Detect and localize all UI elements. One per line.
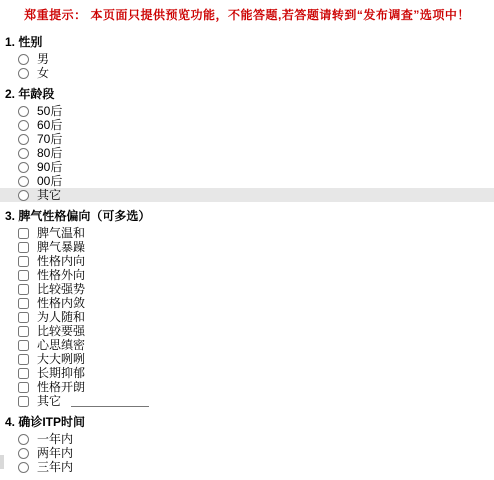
option-label[interactable]: 脾气温和 (37, 226, 85, 240)
option-row[interactable]: 80后 (0, 146, 494, 160)
option-row[interactable]: 其它 (0, 188, 494, 202)
checkbox[interactable] (18, 340, 29, 351)
checkbox[interactable] (18, 298, 29, 309)
option-label[interactable]: 女 (37, 66, 49, 80)
option-label[interactable]: 70后 (37, 132, 62, 146)
option-row[interactable]: 一年内 (0, 432, 494, 446)
option-label[interactable]: 00后 (37, 174, 62, 188)
question-title: 4. 确诊ITP时间 (5, 415, 494, 429)
option-label[interactable]: 大大咧咧 (37, 352, 85, 366)
option-label[interactable]: 80后 (37, 146, 62, 160)
question-title: 3. 脾气性格偏向（可多选） (5, 209, 494, 223)
option-row[interactable]: 性格开朗 (0, 380, 494, 394)
option-label[interactable]: 90后 (37, 160, 62, 174)
question-list: 1. 性别男女2. 年龄段50后60后70后80后90后00后其它3. 脾气性格… (0, 35, 494, 474)
option-row[interactable]: 60后 (0, 118, 494, 132)
radio-button[interactable] (18, 106, 29, 117)
option-row[interactable]: 三年内 (0, 460, 494, 474)
option-label[interactable]: 其它 (37, 188, 61, 202)
option-row[interactable]: 00后 (0, 174, 494, 188)
radio-button[interactable] (18, 134, 29, 145)
option-label[interactable]: 脾气暴躁 (37, 240, 85, 254)
option-row[interactable]: 女 (0, 66, 494, 80)
option-label[interactable]: 比较强势 (37, 282, 85, 296)
option-label[interactable]: 50后 (37, 104, 62, 118)
option-row[interactable]: 男 (0, 52, 494, 66)
question-block: 3. 脾气性格偏向（可多选）脾气温和脾气暴躁性格内向性格外向比较强势性格内敛为人… (0, 209, 494, 408)
option-label[interactable]: 其它 (37, 394, 61, 408)
option-row[interactable]: 长期抑郁 (0, 366, 494, 380)
checkbox[interactable] (18, 228, 29, 239)
option-label[interactable]: 性格开朗 (37, 380, 85, 394)
option-label[interactable]: 心思缜密 (37, 338, 85, 352)
checkbox[interactable] (18, 368, 29, 379)
left-edge-scrollbar-fragment (0, 455, 4, 469)
option-row[interactable]: 90后 (0, 160, 494, 174)
option-label[interactable]: 男 (37, 52, 49, 66)
checkbox[interactable] (18, 396, 29, 407)
option-row[interactable]: 两年内 (0, 446, 494, 460)
other-text-input[interactable] (71, 396, 149, 407)
option-label[interactable]: 一年内 (37, 432, 73, 446)
option-row[interactable]: 性格内向 (0, 254, 494, 268)
option-row[interactable]: 脾气温和 (0, 226, 494, 240)
option-row[interactable]: 心思缜密 (0, 338, 494, 352)
preview-warning: 郑重提示： 本页面只提供预览功能，不能答题,若答题请转到“发布调查”选项中！ (0, 8, 494, 22)
option-row[interactable]: 大大咧咧 (0, 352, 494, 366)
option-row[interactable]: 比较强势 (0, 282, 494, 296)
radio-button[interactable] (18, 148, 29, 159)
option-row[interactable]: 其它 (0, 394, 494, 408)
checkbox[interactable] (18, 382, 29, 393)
radio-button[interactable] (18, 54, 29, 65)
radio-button[interactable] (18, 434, 29, 445)
option-row[interactable]: 70后 (0, 132, 494, 146)
question-title: 1. 性别 (5, 35, 494, 49)
question-block: 2. 年龄段50后60后70后80后90后00后其它 (0, 87, 494, 202)
option-row[interactable]: 性格内敛 (0, 296, 494, 310)
question-block: 4. 确诊ITP时间一年内两年内三年内 (0, 415, 494, 474)
option-row[interactable]: 为人随和 (0, 310, 494, 324)
question-title: 2. 年龄段 (5, 87, 494, 101)
option-label[interactable]: 两年内 (37, 446, 73, 460)
option-label[interactable]: 性格内向 (37, 254, 85, 268)
checkbox[interactable] (18, 242, 29, 253)
radio-button[interactable] (18, 448, 29, 459)
option-label[interactable]: 比较要强 (37, 324, 85, 338)
radio-button[interactable] (18, 68, 29, 79)
option-row[interactable]: 性格外向 (0, 268, 494, 282)
option-label[interactable]: 长期抑郁 (37, 366, 85, 380)
option-label[interactable]: 为人随和 (37, 310, 85, 324)
option-label[interactable]: 60后 (37, 118, 62, 132)
checkbox[interactable] (18, 354, 29, 365)
option-row[interactable]: 脾气暴躁 (0, 240, 494, 254)
option-label[interactable]: 性格外向 (37, 268, 85, 282)
checkbox[interactable] (18, 326, 29, 337)
checkbox[interactable] (18, 312, 29, 323)
radio-button[interactable] (18, 120, 29, 131)
checkbox[interactable] (18, 256, 29, 267)
checkbox[interactable] (18, 270, 29, 281)
option-row[interactable]: 50后 (0, 104, 494, 118)
option-label[interactable]: 三年内 (37, 460, 73, 474)
radio-button[interactable] (18, 462, 29, 473)
checkbox[interactable] (18, 284, 29, 295)
question-block: 1. 性别男女 (0, 35, 494, 80)
option-label[interactable]: 性格内敛 (37, 296, 85, 310)
radio-button[interactable] (18, 190, 29, 201)
radio-button[interactable] (18, 162, 29, 173)
option-row[interactable]: 比较要强 (0, 324, 494, 338)
radio-button[interactable] (18, 176, 29, 187)
